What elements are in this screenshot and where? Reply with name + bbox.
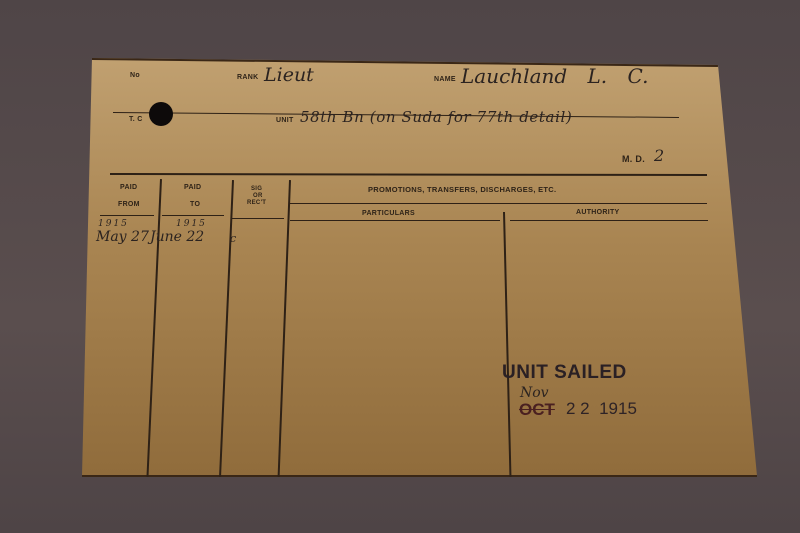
- paid-to-year: 1915: [176, 219, 207, 229]
- authority-header: AUTHORITY: [576, 209, 620, 216]
- rank-label: RANK: [237, 74, 258, 81]
- md-label: M. D.: [622, 154, 645, 164]
- tc-label: T. C: [129, 116, 143, 123]
- sig-value: c: [230, 232, 236, 245]
- stamp-struck-month: OCT: [519, 400, 555, 420]
- paid-to-header-2: TO: [190, 201, 200, 208]
- header-rule-authority: [510, 220, 708, 221]
- paid-from-header-1: PAID: [120, 184, 137, 191]
- punch-hole: [149, 102, 173, 126]
- rank-value: Lieut: [264, 64, 314, 86]
- stamp-handwritten-month: Nov: [520, 385, 549, 401]
- paid-from-year: 1915: [98, 219, 129, 229]
- paid-to-header-1: PAID: [184, 184, 201, 191]
- name-label: NAME: [434, 76, 456, 83]
- name-value: Lauchland L. C.: [461, 64, 648, 88]
- paid-to-date: June 22: [150, 229, 204, 245]
- header-rule-from: [100, 215, 154, 216]
- header-rule-sig: [232, 218, 284, 219]
- stamp-date: 2 2 1915: [566, 399, 637, 419]
- header-rule-particulars: [290, 220, 500, 221]
- struck-month-text: OCT: [519, 400, 555, 419]
- paid-from-date: May 27: [96, 229, 149, 245]
- sig-header-1: SIG: [251, 186, 262, 192]
- md-value: 2: [654, 146, 664, 165]
- no-label: No: [130, 72, 140, 79]
- record-card: [0, 0, 800, 533]
- paid-from-header-2: FROM: [118, 201, 140, 208]
- sig-header-3: REC'T: [247, 200, 266, 206]
- sig-header-2: OR: [253, 193, 263, 199]
- unit-value: 58th Bn (on Suda for 77th detail): [300, 108, 572, 126]
- section-rule: [290, 203, 707, 204]
- unit-sailed-stamp: UNIT SAILED: [502, 362, 627, 384]
- particulars-header: PARTICULARS: [362, 210, 415, 217]
- unit-label: UNIT: [276, 117, 294, 124]
- header-rule-to: [162, 215, 224, 216]
- card-bottom-edge: [82, 475, 757, 477]
- section-title: PROMOTIONS, TRANSFERS, DISCHARGES, ETC.: [368, 185, 556, 194]
